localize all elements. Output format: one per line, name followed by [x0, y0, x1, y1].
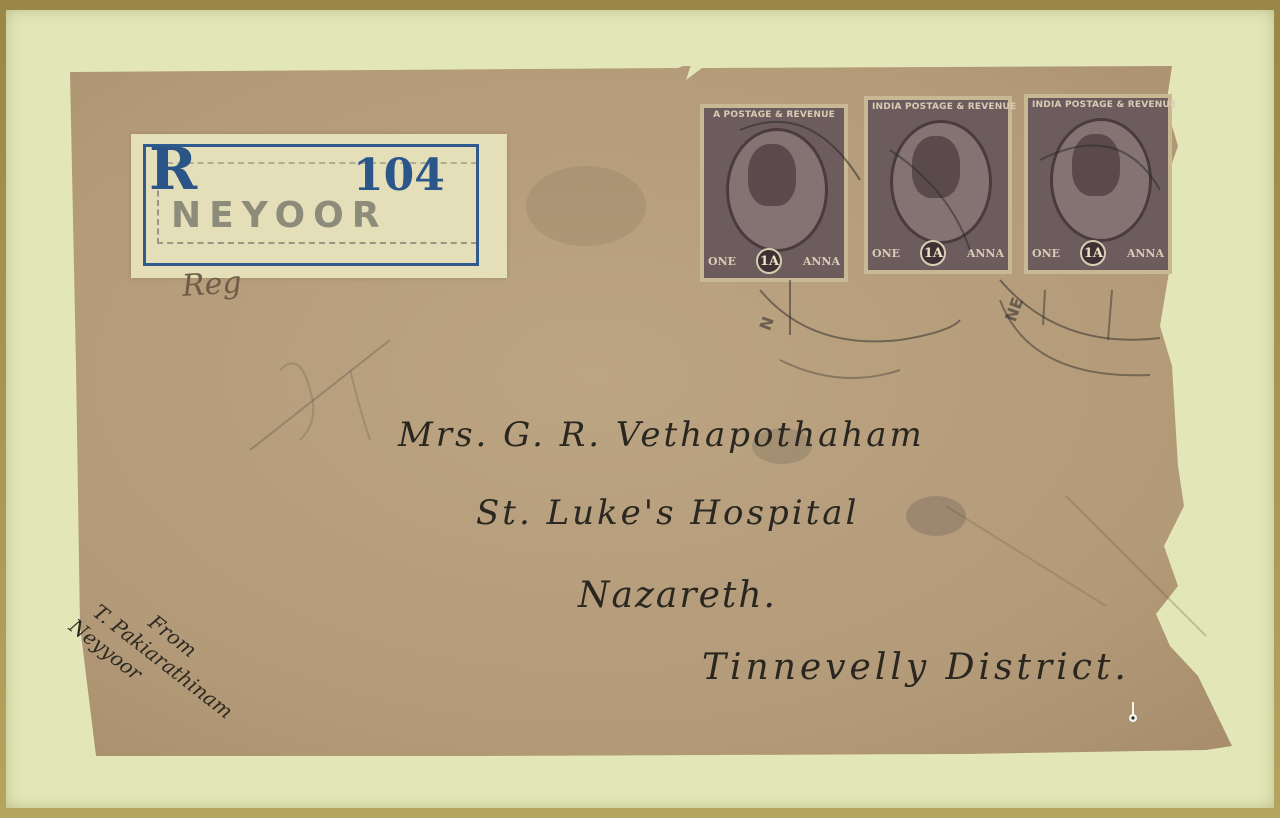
registration-office: NEYOOR — [171, 198, 387, 234]
registration-label: NEYOOR R 104 — [131, 134, 507, 278]
pencil-markings — [240, 330, 420, 460]
address-district: Tinnevelly District. — [702, 650, 1130, 686]
pencil-note: Reg — [181, 268, 242, 302]
registration-letter: R — [149, 140, 197, 198]
address-institution: St. Luke's Hospital — [476, 496, 859, 530]
address-recipient: Mrs. G. R. Vethapothaham — [398, 418, 925, 452]
registration-number: 104 — [353, 154, 445, 198]
postmark-cancellations — [700, 100, 1200, 400]
mounting-pin-icon — [1128, 702, 1138, 724]
address-town: Nazareth. — [578, 578, 777, 614]
